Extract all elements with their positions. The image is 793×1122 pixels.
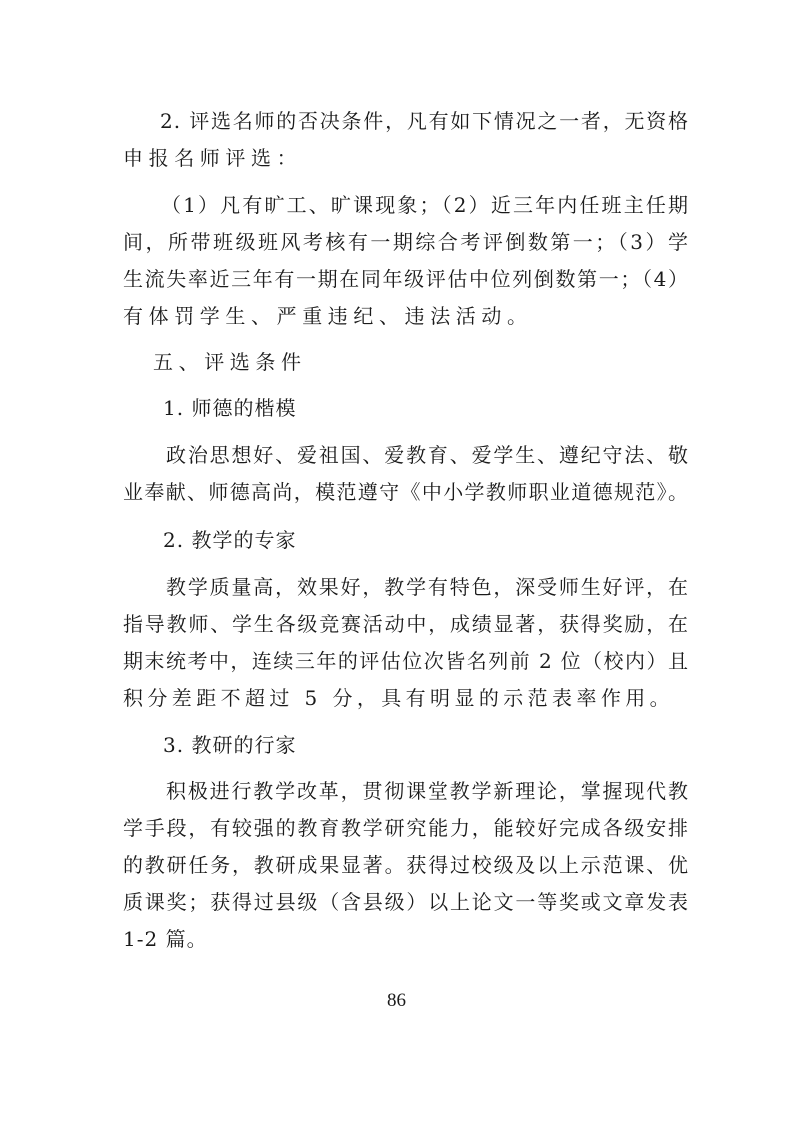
subheading-ethics-model: 1. 师德的楷模 [163,393,729,423]
section-heading-selection-criteria: 五、评选条件 [153,347,719,377]
veto-list-line-2: 间，所带班级班风考核有一期综合考评倒数第一；（3）学 [123,227,689,257]
teaching-paragraph-line-1: 教学质量高，效果好，教学有特色，深受师生好评，在 [166,572,689,602]
research-paragraph-line-3: 的教研任务，教研成果显著。获得过校级及以上示范课、优 [123,850,689,880]
research-paragraph-line-5: 1-2 篇。 [123,924,689,954]
paragraph-veto-conditions-heading-line-2: 申报名师评选： [123,143,689,173]
teaching-paragraph-line-3: 期末统考中，连续三年的评估位次皆名列前 2 位（校内）且 [123,646,689,676]
veto-list-line-1: （1）凡有旷工、旷课现象；（2）近三年内任班主任期 [161,190,689,220]
research-paragraph-line-4: 质课奖；获得过县级（含县级）以上论文一等奖或文章发表 [123,887,689,917]
page-number: 86 [0,990,793,1012]
subheading-research-expert: 3. 教研的行家 [163,730,729,760]
veto-list-line-4: 有体罚学生、严重违纪、违法活动。 [123,301,689,331]
paragraph-veto-conditions-heading-line-1: 2. 评选名师的否决条件，凡有如下情况之一者，无资格 [160,106,689,136]
teaching-paragraph-line-2: 指导教师、学生各级竞赛活动中，成绩显著，获得奖励，在 [123,609,689,639]
ethics-paragraph-line-1: 政治思想好、爱祖国、爱教育、爱学生、遵纪守法、敬 [166,440,689,470]
ethics-paragraph-line-2: 业奉献、师德高尚，模范遵守《中小学教师职业道德规范》。 [123,477,689,507]
subheading-teaching-expert: 2. 教学的专家 [163,525,729,555]
teaching-paragraph-line-4: 积分差距不超过 5 分，具有明显的示范表率作用。 [123,683,689,713]
research-paragraph-line-2: 学手段，有较强的教育教学研究能力，能较好完成各级安排 [123,813,689,843]
veto-list-line-3: 生流失率近三年有一期在同年级评估中位列倒数第一；（4） [123,264,689,294]
research-paragraph-line-1: 积极进行教学改革，贯彻课堂教学新理论，掌握现代教 [166,776,689,806]
